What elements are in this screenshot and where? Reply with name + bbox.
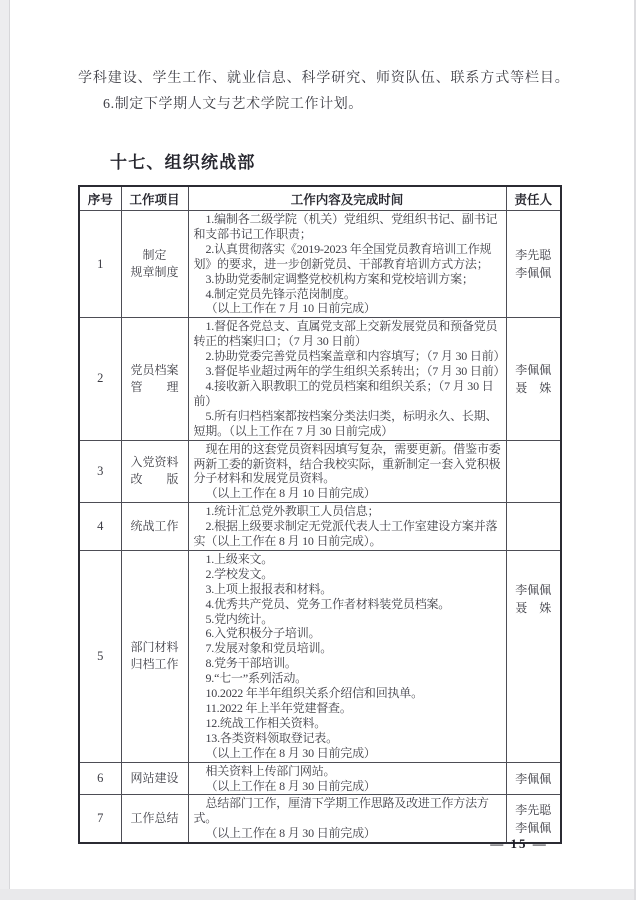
content-cell: 现在用的这套党员资料因填写复杂，需要更新。借鉴市委两新工委的新资料，结合我校实际… [188,440,506,503]
table-row: 1 制定 规章制度 1.编制各二级学院（机关）党组织、党组织书记、副书记和支部书… [79,211,561,318]
project-cell: 网站建设 [121,762,188,795]
row-number-cell: 1 [79,211,121,318]
owners-cell: 李佩佩 [506,762,561,795]
content-cell: 1.上级来文。2.学校发文。3.上项上报报表和材料。4.优秀共产党员、党务工作者… [188,550,506,762]
row-number-cell: 7 [79,795,121,843]
owners-cell: 李佩佩 聂 姝 [506,318,561,440]
project-cell: 工作总结 [121,795,188,843]
row-number-cell: 6 [79,762,121,795]
work-plan-table: 序号 工作项目 工作内容及完成时间 责任人 1 制定 规章制度 1.编制各二级学… [78,185,562,844]
row-number-cell: 4 [79,503,121,551]
table-row: 6 网站建设 相关资料上传部门网站。（以上工作在 8 月 30 日前完成） 李佩… [79,762,561,795]
col-header-no: 序号 [79,186,121,211]
table-row: 4 统战工作 1.统计汇总党外教职工人员信息；2.根据上级要求制定无党派代表人士… [79,503,561,551]
project-cell: 入党资料 改 版 [121,440,188,503]
page-number: — 15 — [489,836,549,852]
scan-edge-left [0,0,10,900]
project-cell: 制定 规章制度 [121,211,188,318]
row-number-cell: 2 [79,318,121,440]
table-header-row: 序号 工作项目 工作内容及完成时间 责任人 [79,186,561,211]
content-cell: 相关资料上传部门网站。（以上工作在 8 月 30 日前完成） [188,762,506,795]
document-page: 学科建设、学生工作、就业信息、科学研究、师资队伍、联系方式等栏目。 6.制定下学… [0,0,636,900]
project-cell: 统战工作 [121,503,188,551]
content-cell: 总结部门工作，厘清下学期工作思路及改进工作方法方式。（以上工作在 8 月 30 … [188,795,506,843]
row-number-cell: 5 [79,550,121,762]
intro-item-6: 6.制定下学期人文与艺术学院工作计划。 [78,96,570,114]
col-header-project: 工作项目 [121,186,188,211]
owners-cell [506,503,561,551]
intro-paragraph: 学科建设、学生工作、就业信息、科学研究、师资队伍、联系方式等栏目。 [78,70,570,88]
owners-cell: 李佩佩 聂 姝 [506,550,561,762]
col-header-content: 工作内容及完成时间 [188,186,506,211]
section-title: 十七、组织统战部 [110,148,256,173]
content-cell: 1.统计汇总党外教职工人员信息；2.根据上级要求制定无党派代表人士工作室建设方案… [188,503,506,551]
table-row: 2 党员档案 管 理 1.督促各党总支、直属党支部上交新发展党员和预备党员转正的… [79,318,561,440]
project-cell: 党员档案 管 理 [121,318,188,440]
owners-cell: 李先聪 李佩佩 [506,211,561,318]
owners-cell [506,440,561,503]
row-number-cell: 3 [79,440,121,503]
content-cell: 1.督促各党总支、直属党支部上交新发展党员和预备党员转正的档案归口；（7 月 3… [188,318,506,440]
scan-edge-bottom [0,889,636,900]
content-cell: 1.编制各二级学院（机关）党组织、党组织书记、副书记和支部书记工作职责；2.认真… [188,211,506,318]
intro-block: 学科建设、学生工作、就业信息、科学研究、师资队伍、联系方式等栏目。 6.制定下学… [78,70,570,114]
col-header-owner: 责任人 [506,186,561,211]
table-row: 5 部门材料 归档工作 1.上级来文。2.学校发文。3.上项上报报表和材料。4.… [79,550,561,762]
project-cell: 部门材料 归档工作 [121,550,188,762]
table-row: 3 入党资料 改 版 现在用的这套党员资料因填写复杂，需要更新。借鉴市委两新工委… [79,440,561,503]
